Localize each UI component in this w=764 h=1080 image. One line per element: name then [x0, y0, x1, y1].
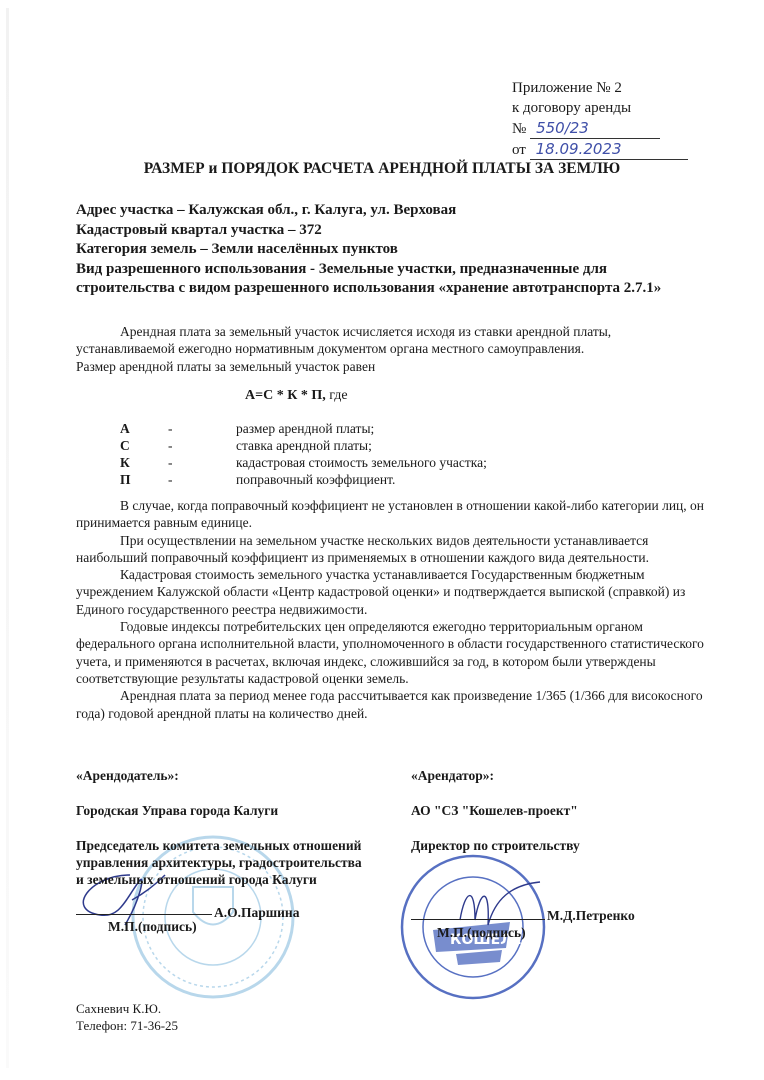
legend-symbol: А — [120, 420, 168, 437]
lessee-name: М.Д.Петренко — [547, 907, 635, 924]
parcel-cadastral-quarter: Кадастровый квартал участка – 372 — [76, 221, 716, 241]
legend-desc: размер арендной платы; — [236, 420, 374, 437]
legend-dash: - — [168, 454, 236, 471]
lessee-signature-line — [411, 919, 545, 920]
legend-row: А - размер арендной платы; — [120, 420, 487, 437]
paragraph-coefficient-default: В случае, когда поправочный коэффициент … — [76, 497, 712, 532]
paragraph-multiple-activities: При осуществлении на земельном участке н… — [76, 532, 712, 567]
intro-rent-size: Размер арендной платы за земельный участ… — [76, 358, 712, 375]
formula-expression: А=С * К * П, — [245, 388, 326, 403]
legend-symbol: К — [120, 454, 168, 471]
lessee-sign-caption: М.П.(подпись) — [437, 924, 526, 941]
parcel-params: Адрес участка – Калужская обл., г. Калуг… — [76, 201, 716, 299]
legend-symbol: С — [120, 437, 168, 454]
lessor-block: «Арендодатель»: Городская Управа города … — [76, 767, 396, 888]
paragraph-cadastral-value: Кадастровая стоимость земельного участка… — [76, 566, 712, 618]
paragraph-partial-year: Арендная плата за период менее года расс… — [76, 687, 712, 722]
contract-number-row: № 550/23 — [512, 118, 688, 139]
contract-date-label: от — [512, 142, 526, 158]
lessor-name: А.О.Паршина — [214, 904, 299, 921]
legend-row: П - поправочный коэффициент. — [120, 471, 487, 488]
legend-desc: кадастровая стоимость земельного участка… — [236, 454, 487, 471]
contact-phone: Телефон: 71-36-25 — [76, 1017, 178, 1034]
lessee-org: АО "СЗ "Кошелев-проект" — [411, 802, 711, 819]
appendix-line1: Приложение № 2 — [512, 78, 688, 98]
appendix-line2: к договору аренды — [512, 98, 688, 118]
appendix-header: Приложение № 2 к договору аренды № 550/2… — [512, 78, 688, 160]
formula-suffix: где — [326, 388, 348, 403]
rent-formula: А=С * К * П, где — [245, 388, 348, 404]
lessor-signature-line — [76, 914, 212, 915]
paragraph-price-indices: Годовые индексы потребительских цен опре… — [76, 618, 712, 687]
legend-dash: - — [168, 420, 236, 437]
legend-symbol: П — [120, 471, 168, 488]
lessor-position-3: и земельных отношений города Калуги — [76, 871, 396, 888]
formula-legend: А - размер арендной платы; С - ставка ар… — [120, 420, 487, 488]
contract-date-value: 18.09.2023 — [530, 139, 688, 160]
lessor-org: Городская Управа города Калуги — [76, 802, 396, 819]
legend-dash: - — [168, 471, 236, 488]
lessor-position-2: управления архитектуры, градостроительст… — [76, 854, 396, 871]
document-title: РАЗМЕР и ПОРЯДОК РАСЧЕТА АРЕНДНОЙ ПЛАТЫ … — [0, 160, 764, 178]
lessee-position: Директор по строительству — [411, 837, 711, 854]
contract-number-label: № — [512, 121, 526, 137]
lessee-signature-icon — [450, 880, 550, 930]
lessor-sign-caption: М.П.(подпись) — [108, 918, 197, 935]
lessor-position-1: Председатель комитета земельных отношени… — [76, 837, 396, 854]
legend-row: К - кадастровая стоимость земельного уча… — [120, 454, 487, 471]
contract-date-row: от 18.09.2023 — [512, 139, 688, 160]
body-paragraphs: В случае, когда поправочный коэффициент … — [76, 497, 712, 722]
contract-number-value: 550/23 — [530, 118, 660, 139]
contact-person: Сахневич К.Ю. — [76, 1000, 178, 1017]
lessee-role: «Арендатор»: — [411, 767, 711, 784]
parcel-permitted-use-2: строительства с видом разрешенного испол… — [76, 279, 716, 299]
legend-row: С - ставка арендной платы; — [120, 437, 487, 454]
parcel-address: Адрес участка – Калужская обл., г. Калуг… — [76, 201, 716, 221]
legend-desc: поправочный коэффициент. — [236, 471, 395, 488]
contact-info: Сахневич К.Ю. Телефон: 71-36-25 — [76, 1000, 178, 1034]
lessor-role: «Арендодатель»: — [76, 767, 396, 784]
lessee-block: «Арендатор»: АО "СЗ "Кошелев-проект" Дир… — [411, 767, 711, 854]
legend-desc: ставка арендной платы; — [236, 437, 372, 454]
parcel-permitted-use-1: Вид разрешенного использования - Земельн… — [76, 260, 716, 280]
intro-text: Арендная плата за земельный участок исчи… — [76, 323, 712, 375]
legend-dash: - — [168, 437, 236, 454]
parcel-land-category: Категория земель – Земли населённых пунк… — [76, 240, 716, 260]
intro-paragraph: Арендная плата за земельный участок исчи… — [76, 323, 712, 358]
